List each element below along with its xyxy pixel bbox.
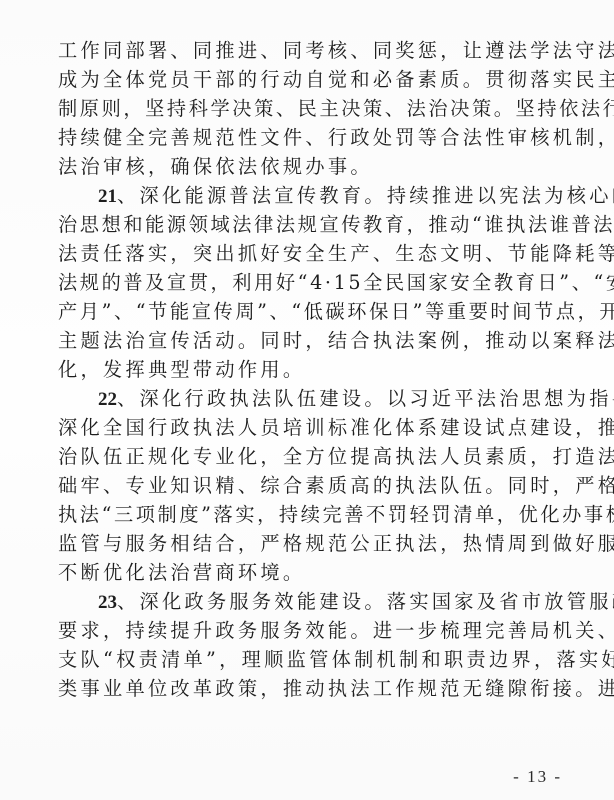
document-page: 工作同部署、同推进、同考核、同奖惩，让遵法学法守法用法 成为全体党员干部的行动自…: [0, 0, 614, 800]
section-heading-21: 21、深化能源普法宣传教育。持续推进以宪法为核心的法: [58, 181, 536, 210]
section-heading-text: 、深化行政执法队伍建设。以习近平法治思想为指导，: [117, 387, 614, 410]
text-line: 法治审核，确保依法依规办事。: [58, 152, 536, 181]
text-line: 主题法治宣传活动。同时，结合执法案例，推动以案释法常态: [58, 326, 536, 355]
text-line: 产月”、“节能宣传周”、“低碳环保日”等重要时间节点，开展好: [58, 297, 536, 326]
text-line: 治思想和能源领域法律法规宣传教育，推动“谁执法谁普法”普: [58, 210, 536, 239]
document-body: 工作同部署、同推进、同考核、同奖惩，让遵法学法守法用法 成为全体党员干部的行动自…: [58, 36, 536, 703]
text-line: 监管与服务相结合，严格规范公正执法，热情周到做好服务，: [58, 529, 536, 558]
text-line: 治队伍正规化专业化，全方位提高执法人员素质，打造法律基: [58, 442, 536, 471]
text-line: 成为全体党员干部的行动自觉和必备素质。贯彻落实民主集中: [58, 65, 536, 94]
section-heading-text: 、深化能源普法宣传教育。持续推进以宪法为核心的法: [117, 184, 614, 207]
section-heading-text: 、深化政务服务效能建设。落实国家及省市放管服改革: [117, 590, 614, 613]
text-line: 法责任落实，突出抓好安全生产、生态文明、节能降耗等法律: [58, 239, 536, 268]
text-line: 法规的普及宣贯，利用好“4·15全民国家安全教育日”、“安全生: [58, 268, 536, 297]
page-number: - 13 -: [0, 767, 614, 787]
section-heading-23: 23、深化政务服务效能建设。落实国家及省市放管服改革: [58, 587, 536, 616]
section-number: 23: [98, 592, 117, 613]
text-line: 执法“三项制度”落实，持续完善不罚轻罚清单，优化办事机制，: [58, 500, 536, 529]
text-line: 不断优化法治营商环境。: [58, 558, 536, 587]
text-line: 深化全国行政执法人员培训标准化体系建设试点建设，推进法: [58, 413, 536, 442]
text-line: 持续健全完善规范性文件、行政处罚等合法性审核机制，严格: [58, 123, 536, 152]
page-number-text: - 13 -: [513, 767, 562, 787]
text-line: 要求，持续提升政务服务效能。进一步梳理完善局机关、执法: [58, 616, 536, 645]
text-line: 工作同部署、同推进、同考核、同奖惩，让遵法学法守法用法: [58, 36, 536, 65]
text-line: 制原则，坚持科学决策、民主决策、法治决策。坚持依法行政，: [58, 94, 536, 123]
text-line: 化，发挥典型带动作用。: [58, 355, 536, 384]
section-number: 22: [98, 389, 117, 410]
section-heading-22: 22、深化行政执法队伍建设。以习近平法治思想为指导，: [58, 384, 536, 413]
text-line: 础牢、专业知识精、综合素质高的执法队伍。同时，严格行政: [58, 471, 536, 500]
text-line: 支队“权责清单”，理顺监管体制机制和职责边界，落实好执法: [58, 645, 536, 674]
text-line: 类事业单位改革政策，推动执法工作规范无缝隙衔接。进一步: [58, 674, 536, 703]
section-number: 21: [98, 186, 117, 207]
